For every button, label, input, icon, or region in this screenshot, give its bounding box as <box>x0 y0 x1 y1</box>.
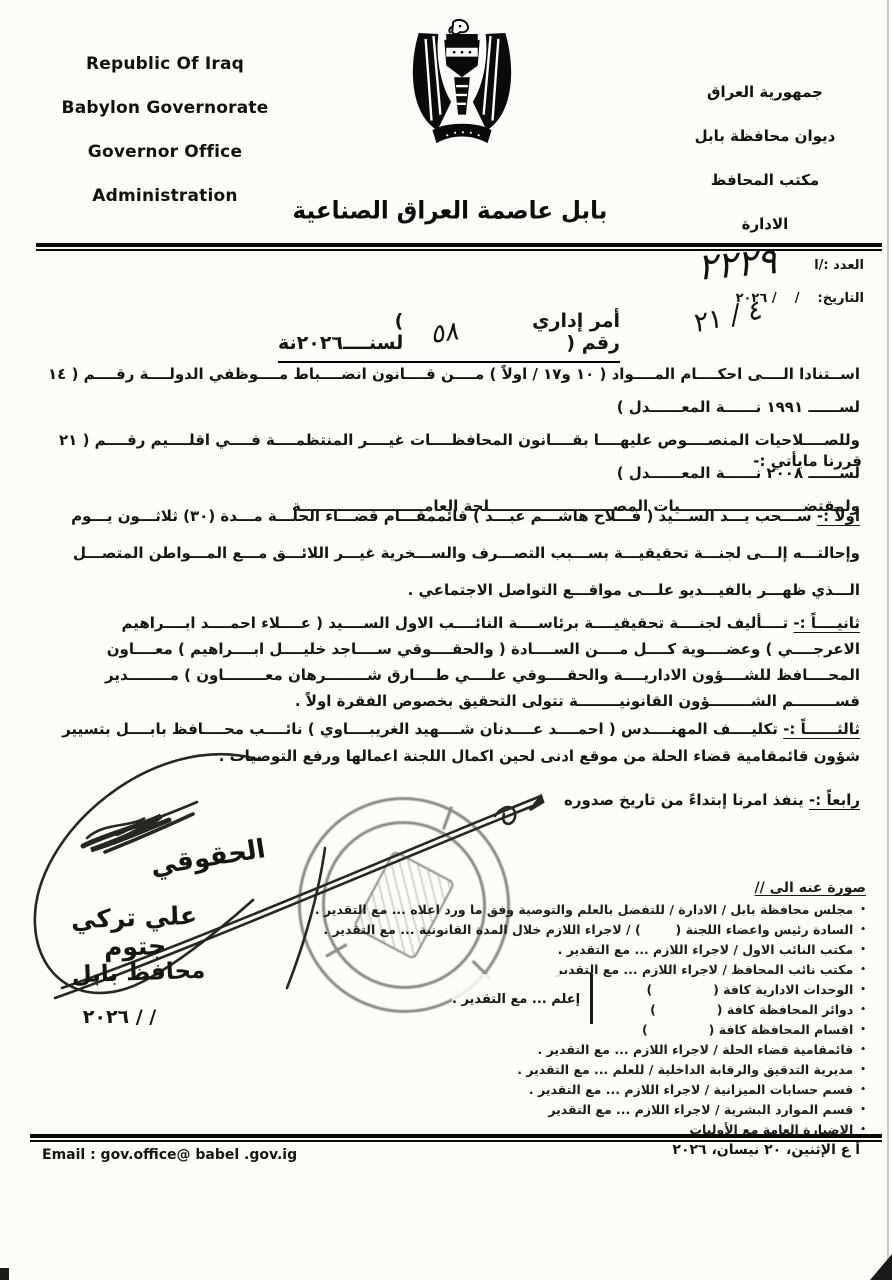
distribution-heading: صورة عنه الى // <box>298 880 866 896</box>
bullet-icon: • <box>860 1061 866 1080</box>
bullet-icon: • <box>860 901 866 920</box>
distribution-item: •قسم الموارد البشرية / لاجراء اللازم ...… <box>298 1100 866 1120</box>
letterhead-line: Republic Of Iraq <box>48 42 282 86</box>
distribution-item: •السادة رئيس واعضاء اللجنة ( ) / لاجراء … <box>298 920 866 940</box>
bullet-icon: • <box>860 1021 866 1040</box>
section-fourth-label: رابعاً :- <box>809 791 860 809</box>
order-number-handwritten: ٥٨ <box>431 316 461 350</box>
distribution-item: •قائمقامية قضاء الحلة / لاجراء اللازم ..… <box>298 1040 866 1060</box>
section-third: ثالثــــــاً :- تكليــــف المهنــــدس ( … <box>34 716 860 770</box>
letterhead-line: ديوان محافظة بابل <box>658 114 872 158</box>
distribution-item: •مديرية التدقيق والرقابة الداخلية / للعل… <box>298 1060 866 1080</box>
footer-email: Email : gov.office@ babel .gov.ig <box>42 1147 297 1163</box>
signatory-date: / / ٢٠٢٦ <box>42 1006 197 1028</box>
bullet-icon: • <box>860 921 866 940</box>
iraq-eagle-emblem-icon <box>403 18 521 168</box>
preamble-line: اســتنادا الــــى احكــــام المــــواد (… <box>34 358 860 424</box>
footer-date: أ ع الإثنين، ٢٠ نيسان، ٢٠٢٦ <box>672 1142 860 1158</box>
letterhead-line: مكتب المحافظ <box>658 158 872 202</box>
decision-intro: قررنا مايأتي :- <box>753 452 862 470</box>
distribution-item: •مكتب النائب الاول / لاجراء اللازم ... م… <box>298 940 866 960</box>
section-first-label: أولاً :- <box>817 507 860 525</box>
preamble-line: وللصــــلاحيات المنصــــوص عليهــــا بقـ… <box>34 424 860 490</box>
bullet-icon: • <box>860 961 866 980</box>
distribution-item: •قسم حسابات الميزانية / لاجراء اللازم ..… <box>298 1080 866 1100</box>
section-second-label: ثانيــــاً :- <box>793 614 860 632</box>
bullet-icon: • <box>860 1101 866 1120</box>
letterhead-line: Governor Office <box>48 130 282 174</box>
bullet-icon: • <box>860 941 866 960</box>
order-title: أمر إداري رقم ( ٥٨ ) لسنــــ٢٠٢٦نة <box>278 310 620 363</box>
section-fourth-text: ينفذ امرنا إبتداءً من تاريخ صدوره <box>564 791 809 809</box>
arabic-letterhead: جمهورية العراق ديوان محافظة بابل مكتب ال… <box>658 70 872 246</box>
signatory-credential: الحقوقي <box>146 834 269 882</box>
section-first-text: ســـحب يـــد الســـيد ( فـــلاح هاشـــم … <box>71 507 860 599</box>
section-second: ثانيــــاً :- تــــأليف لجنــــة تحقيقيـ… <box>34 610 860 714</box>
scanned-administrative-order-document: Republic Of Iraq Babylon Governorate Gov… <box>0 0 892 1280</box>
scan-edge-artifact <box>887 0 889 1280</box>
bullet-icon: • <box>860 1081 866 1100</box>
scan-corner-artifact <box>870 1254 892 1280</box>
signatory-role: محافظ بابل <box>66 957 212 988</box>
letterhead-line: Babylon Governorate <box>48 86 282 130</box>
distribution-side-note: إعلم ... مع التقدير . <box>452 974 593 1024</box>
distribution-item: •مجلس محافظة بابل / الادارة / للتفضل بال… <box>298 900 866 920</box>
section-third-label: ثالثــــــاً :- <box>783 720 860 738</box>
order-number-gap: ٥٨ <box>403 324 488 354</box>
bullet-icon: • <box>860 981 866 1000</box>
english-letterhead: Republic Of Iraq Babylon Governorate Gov… <box>48 42 282 218</box>
scan-corner-artifact <box>0 1268 9 1280</box>
order-title-pre: أمر إداري رقم ( <box>489 310 620 354</box>
section-second-text: تــــأليف لجنــــة تحقيقيــــة برئاســــ… <box>105 614 860 710</box>
tagline-babylon-industrial-capital: بابل عاصمة العراق الصناعية <box>246 197 654 224</box>
bullet-icon: • <box>860 1041 866 1060</box>
section-first: أولاً :- ســـحب يـــد الســـيد ( فـــلاح… <box>34 498 860 609</box>
footer-divider-rule <box>30 1134 882 1142</box>
signatory-name: علي تركي جتوم <box>41 900 228 964</box>
order-title-post: ) لسنــــ٢٠٢٦نة <box>278 310 403 354</box>
section-third-text: تكليــــف المهنــــدس ( احمــــد عــــدن… <box>62 720 860 765</box>
letterhead-line: جمهورية العراق <box>658 70 872 114</box>
bullet-icon: • <box>860 1001 866 1020</box>
